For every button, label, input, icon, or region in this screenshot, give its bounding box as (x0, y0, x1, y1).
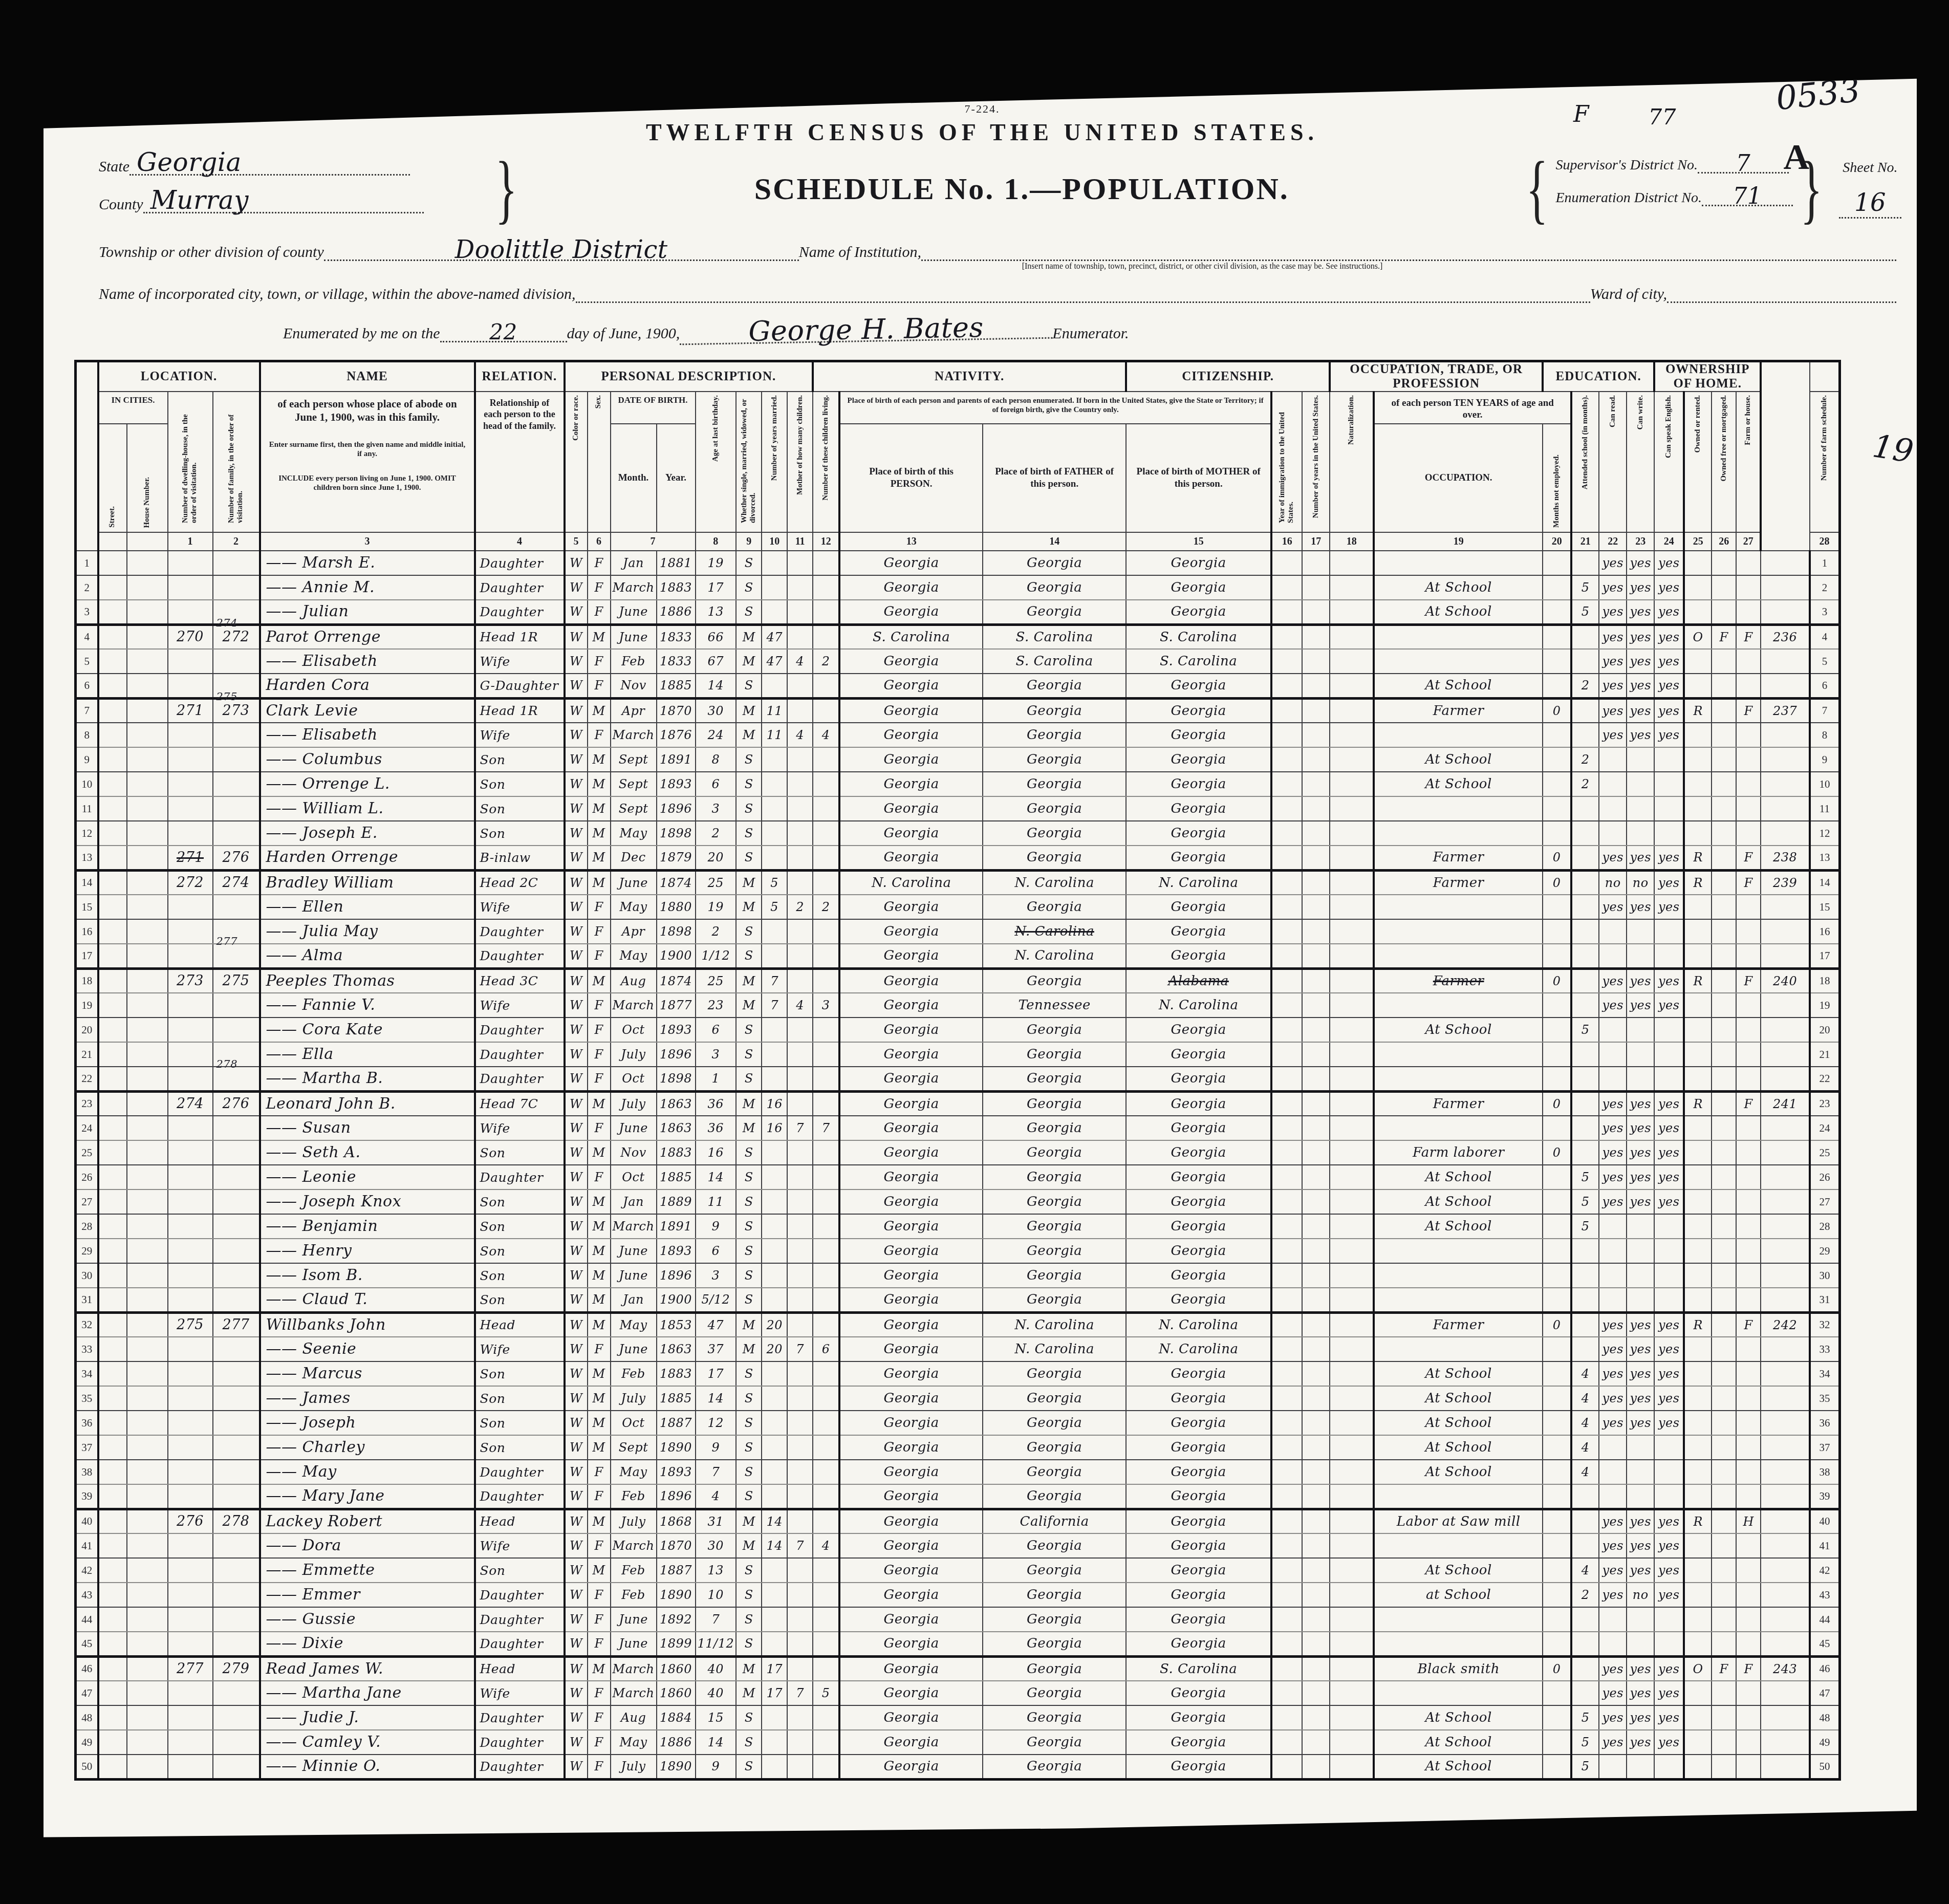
cell-color: W (565, 870, 588, 895)
cell-fs: 239 (1761, 870, 1810, 895)
cell-age: 1/12 (696, 944, 737, 968)
cell-fr (1712, 747, 1736, 772)
cell-rd (1599, 1263, 1627, 1288)
cell-street (98, 1558, 127, 1583)
cell-sp: yes (1654, 600, 1684, 624)
cell-dw (168, 649, 213, 674)
cell-pob: Georgia (839, 1656, 983, 1681)
cell-mo (787, 1042, 813, 1067)
cell-age: 3 (696, 796, 737, 821)
cell-house (127, 1681, 168, 1705)
cell-c16 (1271, 1681, 1302, 1705)
cell-liv (813, 968, 839, 993)
cell-pobm: Georgia (1126, 551, 1271, 575)
line-number-right: 5 (1810, 649, 1839, 674)
cell-street (98, 1165, 127, 1189)
cell-sch: 4 (1571, 1460, 1599, 1484)
cell-rel: Son (475, 1263, 565, 1288)
cell-liv (813, 1214, 839, 1239)
cell-pobm: Georgia (1126, 1755, 1271, 1779)
cell-c18 (1330, 846, 1374, 870)
cell-name: —— Isom B. (260, 1263, 475, 1288)
cell-own (1684, 723, 1712, 747)
cell-pobm: S. Carolina (1126, 624, 1271, 649)
cell-fh (1736, 1116, 1761, 1140)
cell-pob: Georgia (839, 1386, 983, 1411)
cell-rel: Daughter (475, 919, 565, 944)
cell-dw (168, 600, 213, 624)
cell-house (127, 796, 168, 821)
col-name-description: of each person whose place of abode on J… (260, 392, 475, 533)
cell-m20 (1543, 944, 1571, 968)
cell-c17 (1302, 796, 1330, 821)
cell-pob: N. Carolina (839, 870, 983, 895)
line-number-left: 15 (76, 895, 98, 919)
cell-house (127, 1116, 168, 1140)
cell-liv (813, 1705, 839, 1730)
cell-own (1684, 1263, 1712, 1288)
cell-dw (168, 575, 213, 600)
table-row: 22278—— Martha B.DaughterWFOct18981SGeor… (76, 1067, 1840, 1091)
cell-color: W (565, 846, 588, 870)
cell-fam (213, 1018, 260, 1042)
cell-fr (1712, 1018, 1736, 1042)
cell-c18 (1330, 1189, 1374, 1214)
cell-fam (213, 895, 260, 919)
cell-sch: 2 (1571, 772, 1599, 796)
cell-year: 1887 (657, 1411, 696, 1435)
group-personal: PERSONAL DESCRIPTION. (565, 361, 813, 392)
cell-name: —— Elisabeth (260, 723, 475, 747)
county-value: Murray (143, 189, 424, 213)
cell-fs (1761, 747, 1810, 772)
cell-rel: Daughter (475, 1583, 565, 1607)
cell-c17 (1302, 1116, 1330, 1140)
cell-c18 (1330, 1607, 1374, 1632)
cell-yrsm (762, 1214, 787, 1239)
cell-month: Sept (611, 796, 657, 821)
cell-occ: At School (1374, 1386, 1543, 1411)
cell-sex: F (588, 919, 611, 944)
line-number-left: 43 (76, 1583, 98, 1607)
cell-name: —— Elisabeth (260, 649, 475, 674)
cell-fs (1761, 1067, 1810, 1091)
cell-sp: yes (1654, 1337, 1684, 1361)
cell-c17 (1302, 821, 1330, 846)
cell-rd (1599, 1288, 1627, 1312)
cell-rel: Daughter (475, 1730, 565, 1755)
cell-age: 36 (696, 1091, 737, 1116)
cell-wr: yes (1627, 1558, 1654, 1583)
cell-dw (168, 1214, 213, 1239)
cell-rd (1599, 772, 1627, 796)
cell-yrsm: 20 (762, 1312, 787, 1337)
cell-liv (813, 1018, 839, 1042)
cell-rel: Daughter (475, 1755, 565, 1779)
cell-c16 (1271, 1509, 1302, 1533)
cell-name: —— Emmer (260, 1583, 475, 1607)
cell-c17 (1302, 1484, 1330, 1509)
cell-occ: At School (1374, 1558, 1543, 1583)
cell-wr: yes (1627, 575, 1654, 600)
cell-mar: S (736, 919, 762, 944)
cell-year: 1863 (657, 1091, 696, 1116)
cell-month: Sept (611, 1435, 657, 1460)
line-number-left: 14 (76, 870, 98, 895)
cell-fh (1736, 1632, 1761, 1656)
cell-dw (168, 1755, 213, 1779)
cell-sex: F (588, 1460, 611, 1484)
cell-pobm: Georgia (1126, 1484, 1271, 1509)
cell-c18 (1330, 1214, 1374, 1239)
col-occupation: OCCUPATION. (1374, 424, 1543, 532)
cell-c17 (1302, 551, 1330, 575)
col-in-cities: IN CITIES. (98, 392, 168, 424)
cell-pob: Georgia (839, 1509, 983, 1533)
cell-c17 (1302, 1239, 1330, 1263)
col-farm-schedule: Number of farm schedule. (1810, 392, 1839, 533)
cell-pobf: Georgia (983, 1361, 1126, 1386)
cell-sex: F (588, 1583, 611, 1607)
cell-sex: F (588, 1533, 611, 1558)
cell-m20 (1543, 1116, 1571, 1140)
cell-fam (213, 1361, 260, 1386)
line-number-right: 31 (1810, 1288, 1839, 1312)
cell-sp: yes (1654, 1533, 1684, 1558)
cell-name: —— Henry (260, 1239, 475, 1263)
cell-wr: no (1627, 1583, 1654, 1607)
cell-pobm: Georgia (1126, 1239, 1271, 1263)
cell-month: July (611, 1755, 657, 1779)
table-row: 12—— Joseph E.SonWMMay18982SGeorgiaGeorg… (76, 821, 1840, 846)
cell-sp: yes (1654, 723, 1684, 747)
cell-house (127, 1214, 168, 1239)
cell-year: 1863 (657, 1116, 696, 1140)
cell-occ (1374, 895, 1543, 919)
table-row: 5—— ElisabethWifeWFFeb183367M4742Georgia… (76, 649, 1840, 674)
cell-house (127, 551, 168, 575)
cell-pobf: Georgia (983, 1681, 1126, 1705)
cell-fs (1761, 723, 1810, 747)
col-sex: Sex. (588, 392, 611, 533)
cell-color: W (565, 1411, 588, 1435)
cell-rd (1599, 1214, 1627, 1239)
line-number-right: 19 (1810, 993, 1839, 1018)
cell-mar: S (736, 1263, 762, 1288)
cell-sch (1571, 1239, 1599, 1263)
cell-wr (1627, 796, 1654, 821)
cell-color: W (565, 1730, 588, 1755)
cell-m20 (1543, 674, 1571, 698)
cell-mo: 7 (787, 1681, 813, 1705)
cell-fs: 237 (1761, 698, 1810, 723)
cell-fr (1712, 1509, 1736, 1533)
cell-own (1684, 1018, 1712, 1042)
cell-sp (1654, 1067, 1684, 1091)
cell-dw (168, 1067, 213, 1091)
cell-m20 (1543, 1165, 1571, 1189)
line-number-right: 30 (1810, 1263, 1839, 1288)
cell-mo (787, 1411, 813, 1435)
cell-own (1684, 649, 1712, 674)
cell-own (1684, 1705, 1712, 1730)
cell-fh (1736, 1705, 1761, 1730)
cell-pobm: Georgia (1126, 575, 1271, 600)
cell-mo (787, 1484, 813, 1509)
cell-m20 (1543, 1386, 1571, 1411)
cell-c17 (1302, 747, 1330, 772)
cell-sch: 5 (1571, 1018, 1599, 1042)
cell-fh: F (1736, 1312, 1761, 1337)
form-number: 7-224. (48, 102, 1917, 116)
table-row: 4270272274Parot OrrengeHead 1RWMJune1833… (76, 624, 1840, 649)
cell-color: W (565, 624, 588, 649)
cell-own (1684, 1337, 1712, 1361)
cell-sex: F (588, 1067, 611, 1091)
cell-month: June (611, 1632, 657, 1656)
cell-yrsm (762, 600, 787, 624)
cell-occ (1374, 1484, 1543, 1509)
cell-mo (787, 1189, 813, 1214)
cell-age: 3 (696, 1263, 737, 1288)
cell-age: 11 (696, 1189, 737, 1214)
cell-yrsm (762, 1632, 787, 1656)
cell-wr (1627, 1018, 1654, 1042)
cell-own: O (1684, 1656, 1712, 1681)
cell-liv (813, 1140, 839, 1165)
cell-sp: yes (1654, 624, 1684, 649)
cell-sch (1571, 1337, 1599, 1361)
cell-yrsm (762, 1018, 787, 1042)
cell-rel: G-Daughter (475, 674, 565, 698)
cell-mo: 4 (787, 649, 813, 674)
cell-year: 1870 (657, 1533, 696, 1558)
group-ownership: OWNERSHIP OF HOME. (1654, 361, 1761, 392)
cell-rel: Head 2C (475, 870, 565, 895)
schedule-title: SCHEDULE No. 1.—POPULATION. (525, 171, 1519, 207)
cell-wr: yes (1627, 1411, 1654, 1435)
line-number-right: 43 (1810, 1583, 1839, 1607)
cell-occ: At School (1374, 1189, 1543, 1214)
cell-fam (213, 1681, 260, 1705)
cell-pobm: Georgia (1126, 747, 1271, 772)
cell-dw (168, 1533, 213, 1558)
cell-sp (1654, 1042, 1684, 1067)
cell-street (98, 1607, 127, 1632)
cell-pobm: Georgia (1126, 821, 1271, 846)
cell-street (98, 649, 127, 674)
row-number-header-left (76, 361, 98, 551)
cell-fh: F (1736, 624, 1761, 649)
cell-sex: F (588, 993, 611, 1018)
cell-occ (1374, 649, 1543, 674)
cell-sex: M (588, 821, 611, 846)
cell-fam: 279 (213, 1656, 260, 1681)
cell-fh (1736, 1239, 1761, 1263)
cell-street (98, 674, 127, 698)
cell-mo (787, 1705, 813, 1730)
cell-pobf: N. Carolina (983, 1312, 1126, 1337)
cell-pobf: Georgia (983, 1411, 1126, 1435)
cell-mo: 7 (787, 1337, 813, 1361)
cell-house (127, 1656, 168, 1681)
cell-year: 1896 (657, 1263, 696, 1288)
cell-sch: 5 (1571, 1214, 1599, 1239)
cell-street (98, 870, 127, 895)
cell-street (98, 1361, 127, 1386)
cell-yrsm (762, 1460, 787, 1484)
cell-fam (213, 551, 260, 575)
cell-month: Feb (611, 1583, 657, 1607)
cell-c17 (1302, 846, 1330, 870)
cell-house (127, 1533, 168, 1558)
cell-c17 (1302, 1607, 1330, 1632)
cell-rd (1599, 1484, 1627, 1509)
col-attended-school: Attended school (in months). (1571, 392, 1599, 533)
cell-occ: Farmer (1374, 870, 1543, 895)
cell-fs (1761, 772, 1810, 796)
cell-occ: At School (1374, 674, 1543, 698)
cell-c17 (1302, 1165, 1330, 1189)
cell-sex: M (588, 1189, 611, 1214)
cell-house (127, 624, 168, 649)
cell-pob: Georgia (839, 1189, 983, 1214)
cell-fr (1712, 1091, 1736, 1116)
cell-fam (213, 1484, 260, 1509)
cell-mar: M (736, 624, 762, 649)
cell-mar: S (736, 1288, 762, 1312)
cell-year: 1881 (657, 551, 696, 575)
cell-dw (168, 772, 213, 796)
cell-pob: Georgia (839, 1214, 983, 1239)
cell-liv (813, 1312, 839, 1337)
cell-mar: S (736, 1632, 762, 1656)
cell-fr (1712, 1558, 1736, 1583)
cell-c17 (1302, 1460, 1330, 1484)
line-number-right: 49 (1810, 1730, 1839, 1755)
cell-mo (787, 624, 813, 649)
line-number-left: 50 (76, 1755, 98, 1779)
cell-fs: 236 (1761, 624, 1810, 649)
cell-pobm: Georgia (1126, 1533, 1271, 1558)
city-label: Name of incorporated city, town, or vill… (99, 286, 576, 303)
cell-mo (787, 1558, 813, 1583)
cell-pob: Georgia (839, 723, 983, 747)
cell-liv (813, 624, 839, 649)
cell-street (98, 968, 127, 993)
cell-mo (787, 1361, 813, 1386)
cell-sex: F (588, 1755, 611, 1779)
table-row: 16—— Julia MayDaughterWFApr18982SGeorgia… (76, 919, 1840, 944)
cell-pobm: N. Carolina (1126, 870, 1271, 895)
cell-name: —— Joseph (260, 1411, 475, 1435)
cell-liv (813, 551, 839, 575)
cell-own (1684, 772, 1712, 796)
cell-month: Oct (611, 1067, 657, 1091)
cell-yrsm (762, 772, 787, 796)
cell-street (98, 1755, 127, 1779)
cell-yrsm: 5 (762, 895, 787, 919)
cell-liv (813, 1042, 839, 1067)
cell-name: —— Julian (260, 600, 475, 624)
cell-dw (168, 723, 213, 747)
cell-fs (1761, 1705, 1810, 1730)
cell-fs (1761, 1263, 1810, 1288)
cell-c18 (1330, 1509, 1374, 1533)
cell-c16 (1271, 1435, 1302, 1460)
cell-age: 20 (696, 846, 737, 870)
cell-mo (787, 1312, 813, 1337)
cell-rd: yes (1599, 846, 1627, 870)
line-number-right: 1 (1810, 551, 1839, 575)
cell-color: W (565, 575, 588, 600)
cell-house (127, 698, 168, 723)
cell-occ: Labor at Saw mill (1374, 1509, 1543, 1533)
cell-c18 (1330, 1484, 1374, 1509)
cell-fr (1712, 1533, 1736, 1558)
cell-street (98, 1337, 127, 1361)
cell-sch: 5 (1571, 1730, 1599, 1755)
cell-wr (1627, 747, 1654, 772)
cell-m20 (1543, 919, 1571, 944)
cell-color: W (565, 1755, 588, 1779)
cell-m20 (1543, 624, 1571, 649)
cell-street (98, 1288, 127, 1312)
cell-color: W (565, 1042, 588, 1067)
cell-pobm: Georgia (1126, 1435, 1271, 1460)
cell-liv: 4 (813, 1533, 839, 1558)
cell-c17 (1302, 674, 1330, 698)
cell-sp (1654, 1607, 1684, 1632)
cell-name: —— Joseph E. (260, 821, 475, 846)
cell-own (1684, 1411, 1712, 1435)
cell-age: 3 (696, 1042, 737, 1067)
line-number-right: 28 (1810, 1214, 1839, 1239)
cell-own: R (1684, 1509, 1712, 1533)
cell-age: 2 (696, 919, 737, 944)
line-number-left: 4 (76, 624, 98, 649)
cell-name: —— Joseph Knox (260, 1189, 475, 1214)
cell-color: W (565, 1361, 588, 1386)
cell-house (127, 846, 168, 870)
cell-sch (1571, 846, 1599, 870)
cell-house (127, 649, 168, 674)
cell-m20 (1543, 1189, 1571, 1214)
cell-fam (213, 1239, 260, 1263)
col-dwelling-number: Number of dwelling-house, in the order o… (168, 392, 213, 533)
cell-fam (213, 796, 260, 821)
cell-occ (1374, 1116, 1543, 1140)
cell-house (127, 1705, 168, 1730)
cell-pobm: Alabama (1126, 968, 1271, 993)
cell-rd (1599, 1067, 1627, 1091)
cell-sp (1654, 1435, 1684, 1460)
cell-sex: M (588, 870, 611, 895)
cell-age: 8 (696, 747, 737, 772)
cell-fam (213, 1116, 260, 1140)
cell-c17 (1302, 1583, 1330, 1607)
cell-fr (1712, 1288, 1736, 1312)
cell-street (98, 1411, 127, 1435)
cell-rel: Son (475, 1558, 565, 1583)
cell-c18 (1330, 870, 1374, 895)
cell-color: W (565, 1189, 588, 1214)
cell-wr (1627, 772, 1654, 796)
table-row: 18273275Peeples ThomasHead 3CWMAug187425… (76, 968, 1840, 993)
cell-fs (1761, 1755, 1810, 1779)
cell-fr (1712, 1042, 1736, 1067)
cell-mar: S (736, 1583, 762, 1607)
